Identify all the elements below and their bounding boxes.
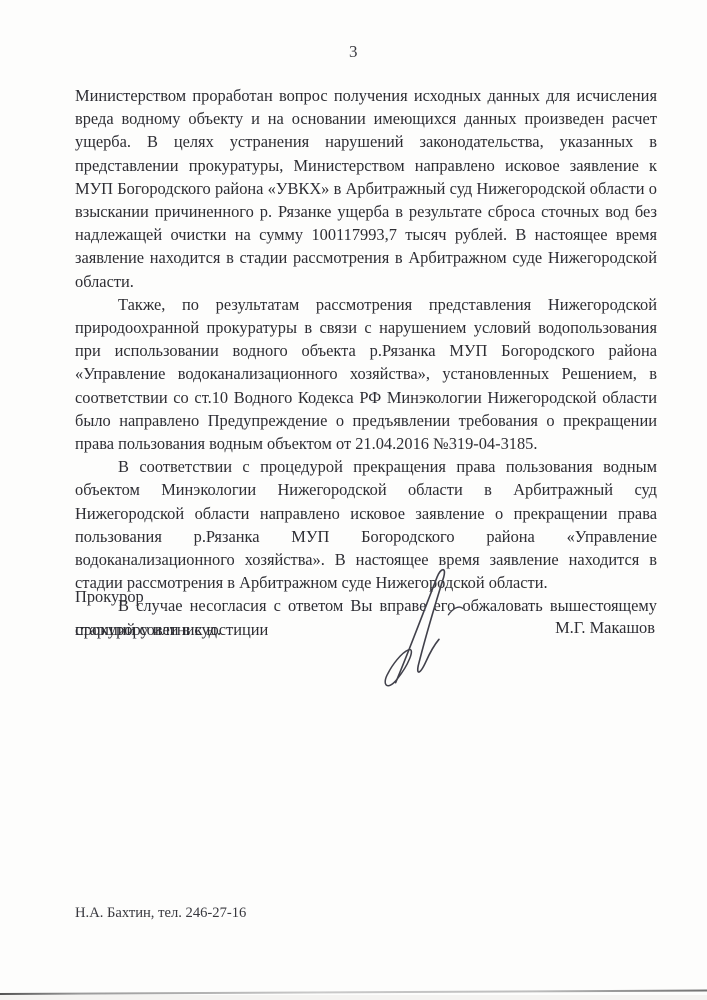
body-paragraph: Министерством проработан вопрос получени… <box>75 84 657 293</box>
letter-body: Министерством проработан вопрос получени… <box>75 84 657 641</box>
body-paragraph: Также, по результатам рассмотрения предс… <box>75 293 657 455</box>
signer-post-block: Прокурор старший советник юстиции <box>75 585 268 641</box>
executor-contact: Н.А. Бахтин, тел. 246-27-16 <box>75 905 246 922</box>
signer-post-line-2: старший советник юстиции <box>75 618 268 641</box>
signer-post-line-1: Прокурор <box>75 585 268 608</box>
page-number: 3 <box>0 42 707 62</box>
handwritten-signature-icon <box>374 562 470 694</box>
document-page: 3 Министерством проработан вопрос получе… <box>0 0 707 1000</box>
scan-bottom-margin <box>0 995 707 1000</box>
body-paragraph: В соответствии с процедурой прекращения … <box>75 455 657 594</box>
signer-name: М.Г. Макашов <box>555 618 655 638</box>
